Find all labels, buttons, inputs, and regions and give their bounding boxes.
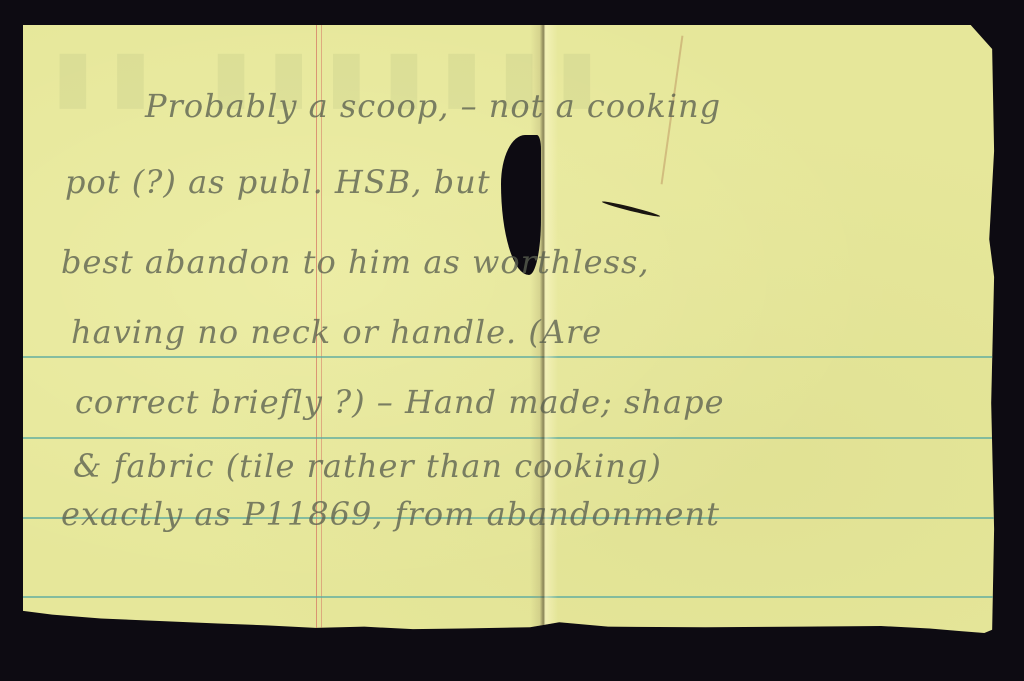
paper-sheet: ▮▮ ▮▮▮▮▮▮▮ Probably a scoop, – not a coo… (23, 25, 998, 655)
text-line-4: having no neck or handle. (Are (71, 313, 602, 351)
text-line-6: & fabric (tile rather than cooking) (73, 447, 662, 485)
text-line-1: Probably a scoop, – not a cooking (145, 87, 721, 125)
text-line-7: exactly as P11869, from abandonment (61, 495, 720, 533)
text-line-2: pot (?) as publ. HSB, but (65, 163, 491, 201)
document-scan: ▮▮ ▮▮▮▮▮▮▮ Probably a scoop, – not a coo… (0, 0, 1024, 681)
text-line-5: correct briefly ?) – Hand made; shape (75, 383, 725, 421)
handwritten-text: Probably a scoop, – not a cooking pot (?… (23, 25, 998, 655)
text-line-3: best abandon to him as worthless, (61, 243, 650, 281)
